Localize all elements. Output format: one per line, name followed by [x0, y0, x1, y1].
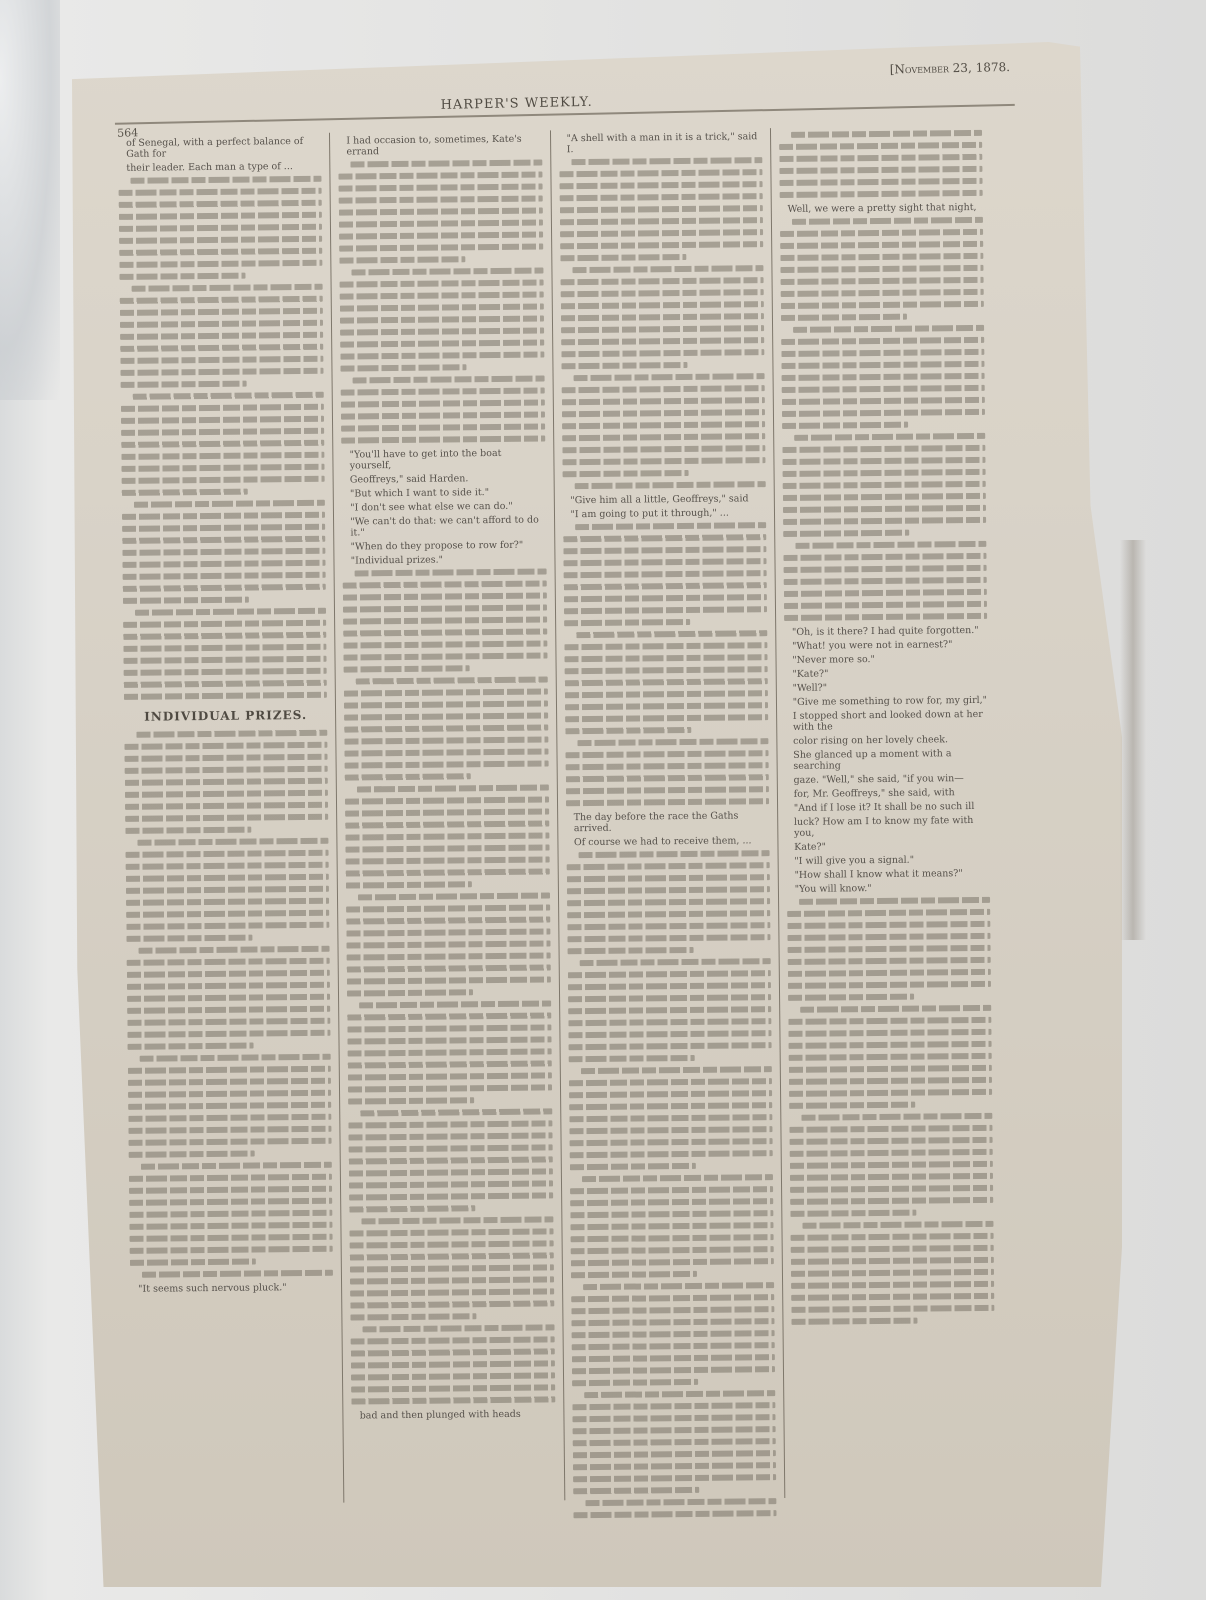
illegible-text-line: [561, 325, 764, 333]
dialogue-line: "How shall I know what it means?": [794, 868, 989, 881]
illegible-text-line: [791, 1318, 917, 1325]
illegible-text-line: [787, 921, 990, 929]
illegible-text-line: [560, 254, 686, 261]
illegible-text-line: [783, 517, 986, 525]
dialogue-line: "Well?": [793, 681, 988, 694]
illegible-text-line: [559, 181, 762, 189]
illegible-text-line: [559, 205, 762, 213]
illegible-text-line: [343, 604, 546, 612]
illegible-text-line: [788, 1017, 991, 1025]
illegible-text-line: [565, 786, 768, 794]
illegible-text-line: [344, 652, 547, 660]
illegible-text-line: [788, 1053, 991, 1061]
illegible-text-line: [564, 642, 767, 650]
illegible-text-line: [345, 748, 548, 756]
illegible-text-line: [122, 536, 325, 544]
illegible-text-line: [789, 1149, 992, 1157]
illegible-text-line: [130, 1259, 256, 1266]
text-snippet: "When do they propose to row for?": [351, 539, 546, 552]
illegible-text-line: [571, 1306, 774, 1314]
illegible-text-line: [567, 934, 770, 942]
dialogue-line: "Give me something to row for, my girl,": [793, 695, 988, 708]
illegible-text-line: [791, 1281, 994, 1289]
illegible-text-line: [119, 188, 322, 196]
illegible-text-line: [782, 481, 985, 489]
text-snippet: Of course we had to receive them, ...: [574, 835, 769, 848]
illegible-text-line: [362, 1216, 553, 1224]
illegible-text-line: [121, 416, 324, 424]
illegible-text-line: [341, 435, 544, 443]
illegible-text-line: [568, 1018, 771, 1026]
illegible-text-line: [781, 385, 984, 393]
illegible-text-line: [127, 970, 330, 978]
column-3: "A shell with a man in it is a trick," s…: [550, 128, 785, 1500]
illegible-text-line: [341, 411, 544, 419]
illegible-text-line: [564, 690, 767, 698]
column-body-text: [566, 850, 776, 1518]
illegible-text-line: [564, 678, 767, 686]
text-snippet: I had occasion to, sometimes, Kate's err…: [346, 133, 541, 157]
illegible-text-line: [585, 1498, 776, 1506]
illegible-text-line: [344, 665, 470, 672]
illegible-text-line: [787, 957, 990, 965]
illegible-text-line: [129, 1198, 332, 1206]
text-snippet: "I don't see what else we can do.": [350, 500, 545, 513]
illegible-text-line: [781, 349, 984, 357]
illegible-text-line: [784, 589, 987, 597]
illegible-text-line: [133, 392, 324, 400]
text-snippet: "Give him all a little, Geoffreys," said: [570, 493, 765, 506]
illegible-text-line: [350, 1300, 553, 1308]
illegible-text-line: [343, 616, 546, 624]
article-columns: of Senegal, with a perfect balance of Ga…: [110, 126, 1004, 1505]
illegible-text-line: [790, 1245, 993, 1253]
illegible-text-line: [127, 1030, 330, 1038]
illegible-text-line: [351, 1336, 554, 1344]
text-snippet: "But which I want to side it.": [350, 486, 545, 499]
illegible-text-line: [573, 373, 764, 381]
illegible-text-line: [801, 1113, 992, 1121]
illegible-text-line: [572, 1402, 775, 1410]
column-body-text: [779, 130, 983, 198]
illegible-text-line: [349, 1205, 475, 1212]
illegible-text-line: [789, 1137, 992, 1145]
illegible-text-line: [126, 910, 329, 918]
illegible-text-line: [130, 1234, 333, 1242]
illegible-text-line: [789, 1077, 992, 1085]
text-snippet: "You'll have to get into the boat yourse…: [350, 447, 545, 471]
illegible-text-line: [352, 267, 543, 275]
illegible-text-line: [349, 1192, 552, 1200]
illegible-text-line: [343, 628, 546, 636]
illegible-text-line: [125, 766, 328, 774]
illegible-text-line: [565, 714, 768, 722]
illegible-text-line: [351, 1372, 554, 1380]
illegible-text-line: [127, 958, 330, 966]
text-snippet: "A shell with a man in it is a trick," s…: [567, 131, 762, 155]
illegible-text-line: [561, 385, 764, 393]
illegible-text-line: [347, 1012, 550, 1020]
illegible-text-line: [339, 183, 542, 191]
illegible-text-line: [560, 301, 763, 309]
illegible-text-line: [780, 229, 983, 237]
page-fold-crease: [1120, 540, 1146, 940]
illegible-text-line: [792, 217, 983, 225]
illegible-text-line: [350, 1276, 553, 1284]
illegible-text-line: [120, 320, 323, 328]
illegible-text-line: [344, 724, 547, 732]
illegible-text-line: [570, 1234, 773, 1242]
text-snippet: bad and then plunged with heads: [360, 1408, 555, 1421]
illegible-text-line: [569, 1150, 772, 1158]
illegible-text-line: [339, 195, 542, 203]
text-snippet: "It seems such nervous pluck.": [138, 1282, 333, 1295]
illegible-text-line: [122, 524, 325, 532]
illegible-text-line: [789, 1089, 992, 1097]
illegible-text-line: [124, 680, 327, 688]
dialogue-line: "Kate?": [792, 667, 987, 680]
illegible-text-line: [568, 1030, 771, 1038]
illegible-text-line: [788, 1029, 991, 1037]
illegible-text-line: [571, 1318, 774, 1326]
illegible-text-line: [134, 500, 325, 508]
illegible-text-line: [121, 464, 324, 472]
illegible-text-line: [779, 190, 982, 198]
illegible-text-line: [569, 1126, 772, 1134]
illegible-text-line: [790, 1233, 993, 1241]
dialogue-line: "Oh, is it there? I had quite forgotten.…: [792, 625, 987, 638]
illegible-text-line: [782, 409, 985, 417]
illegible-text-line: [345, 796, 548, 804]
illegible-text-line: [571, 1330, 774, 1338]
illegible-text-line: [350, 1264, 553, 1272]
illegible-text-line: [787, 945, 990, 953]
illegible-text-line: [127, 982, 330, 990]
illegible-text-line: [790, 1185, 993, 1193]
illegible-text-line: [119, 236, 322, 244]
text-snippet: Well, we were a pretty sight that night,: [788, 202, 983, 215]
illegible-text-line: [119, 260, 322, 268]
text-snippet: "Individual prizes.": [351, 553, 546, 566]
column-body-text: [343, 568, 555, 1404]
illegible-text-line: [560, 313, 763, 321]
illegible-text-line: [783, 493, 986, 501]
illegible-text-line: [571, 1354, 774, 1362]
illegible-text-line: [788, 969, 991, 977]
illegible-text-line: [127, 994, 330, 1002]
illegible-text-line: [351, 1396, 554, 1404]
illegible-text-line: [349, 1168, 552, 1176]
illegible-text-line: [790, 1173, 993, 1181]
illegible-text-line: [570, 1258, 773, 1266]
illegible-text-line: [563, 594, 766, 602]
illegible-text-line: [567, 947, 693, 954]
illegible-text-line: [136, 730, 327, 738]
column-body-text: [124, 730, 333, 1278]
illegible-text-line: [572, 1426, 775, 1434]
illegible-text-line: [572, 265, 763, 273]
illegible-text-line: [121, 452, 324, 460]
illegible-text-line: [802, 1221, 993, 1229]
dialogue-line: gaze. "Well," she said, "if you win—: [793, 773, 988, 786]
illegible-text-line: [339, 207, 542, 215]
illegible-text-line: [791, 1305, 994, 1313]
illegible-text-line: [121, 381, 247, 388]
illegible-text-line: [120, 344, 323, 352]
illegible-text-line: [119, 224, 322, 232]
illegible-text-line: [340, 279, 543, 287]
illegible-text-line: [779, 166, 982, 174]
illegible-text-line: [124, 692, 327, 700]
column-body-text: [787, 897, 995, 1325]
illegible-text-line: [562, 421, 765, 429]
illegible-text-line: [343, 580, 546, 588]
illegible-text-line: [563, 570, 766, 578]
illegible-text-line: [568, 1078, 771, 1086]
illegible-text-line: [561, 362, 687, 369]
illegible-text-line: [120, 332, 323, 340]
dialogue-line: I stopped short and looked down at her w…: [793, 709, 988, 733]
illegible-text-line: [567, 910, 770, 918]
illegible-text-line: [127, 1018, 330, 1026]
illegible-text-line: [345, 736, 548, 744]
illegible-text-line: [793, 325, 984, 333]
illegible-text-line: [569, 1138, 772, 1146]
illegible-text-line: [124, 742, 327, 750]
illegible-text-line: [576, 630, 767, 638]
illegible-text-line: [783, 530, 909, 537]
dialogue-line: "And if I lose it? It shall be no such i…: [794, 801, 989, 814]
illegible-text-line: [344, 688, 547, 696]
illegible-text-line: [123, 597, 249, 604]
illegible-text-line: [351, 1313, 477, 1320]
illegible-text-line: [355, 568, 546, 576]
illegible-text-line: [356, 676, 547, 684]
illegible-text-line: [119, 200, 322, 208]
dialogue-line: "Never more so.": [792, 653, 987, 666]
illegible-text-line: [122, 489, 248, 496]
illegible-text-line: [568, 1006, 771, 1014]
illegible-text-line: [137, 838, 328, 846]
illegible-text-line: [127, 1006, 330, 1014]
illegible-text-line: [791, 1269, 994, 1277]
text-snippet: "We can't do that: we can't afford to do…: [350, 514, 545, 538]
column-body-text: [780, 217, 987, 621]
illegible-text-line: [781, 301, 984, 309]
illegible-text-line: [570, 1198, 773, 1206]
illegible-text-line: [561, 349, 764, 357]
illegible-text-line: [562, 433, 765, 441]
illegible-text-line: [125, 814, 328, 822]
illegible-text-line: [350, 1252, 553, 1260]
illegible-text-line: [340, 291, 543, 299]
illegible-text-line: [566, 862, 769, 870]
illegible-text-line: [123, 620, 326, 628]
illegible-text-line: [560, 277, 763, 285]
illegible-text-line: [348, 1060, 551, 1068]
illegible-text-line: [783, 577, 986, 585]
illegible-text-line: [120, 296, 323, 304]
dialogue-line: for, Mr. Geoffreys," she said, with: [794, 787, 989, 800]
illegible-text-line: [574, 481, 765, 489]
illegible-text-line: [579, 958, 770, 966]
illegible-text-line: [790, 1197, 993, 1205]
illegible-text-line: [795, 541, 986, 549]
illegible-text-line: [569, 1102, 772, 1110]
illegible-text-line: [128, 1078, 331, 1086]
illegible-text-line: [363, 1324, 554, 1332]
illegible-text-line: [560, 241, 763, 249]
illegible-text-line: [128, 1114, 331, 1122]
illegible-text-line: [584, 1390, 775, 1398]
illegible-text-line: [569, 1163, 695, 1170]
illegible-text-line: [565, 762, 768, 770]
dialogue-line: She glanced up a moment with a searching: [793, 748, 988, 772]
illegible-text-line: [567, 898, 770, 906]
illegible-text-line: [129, 1174, 332, 1182]
illegible-text-line: [790, 1161, 993, 1169]
illegible-text-line: [350, 1228, 553, 1236]
text-snippet: "I am going to put it through," ...: [570, 507, 765, 520]
illegible-text-line: [569, 1090, 772, 1098]
illegible-text-line: [121, 428, 324, 436]
illegible-text-line: [120, 356, 323, 364]
illegible-text-line: [570, 1186, 773, 1194]
masthead-title: HARPER'S WEEKLY.: [440, 95, 592, 113]
column-4: Well, we were a pretty sight that night,…: [771, 126, 1005, 1498]
illegible-text-line: [567, 970, 770, 978]
column-2: I had occasion to, sometimes, Kate's err…: [330, 130, 565, 1502]
illegible-text-line: [781, 373, 984, 381]
illegible-text-line: [577, 738, 768, 746]
illegible-text-line: [779, 154, 982, 162]
illegible-text-line: [564, 666, 767, 674]
illegible-text-line: [345, 808, 548, 816]
illegible-text-line: [126, 874, 329, 882]
illegible-text-line: [121, 404, 324, 412]
illegible-text-line: [129, 1151, 255, 1158]
illegible-text-line: [571, 1342, 774, 1350]
illegible-text-line: [781, 337, 984, 345]
illegible-text-line: [124, 668, 327, 676]
illegible-text-line: [781, 314, 907, 321]
text-snippet: Geoffreys," said Harden.: [350, 472, 545, 485]
illegible-text-line: [562, 445, 765, 453]
illegible-text-line: [358, 892, 549, 900]
illegible-text-line: [340, 339, 543, 347]
dialogue-line: luck? How am I to know my fate with you,: [794, 815, 989, 839]
illegible-text-line: [791, 1257, 994, 1265]
illegible-text-line: [562, 457, 765, 465]
issue-date: [November 23, 1878.: [890, 60, 1010, 77]
illegible-text-line: [570, 1246, 773, 1254]
illegible-text-line: [572, 1450, 775, 1458]
illegible-text-line: [130, 176, 321, 184]
illegible-text-line: [565, 727, 691, 734]
illegible-text-line: [120, 308, 323, 316]
illegible-text-line: [561, 397, 764, 405]
illegible-text-line: [343, 592, 546, 600]
illegible-text-line: [789, 1102, 915, 1109]
illegible-text-line: [800, 1005, 991, 1013]
illegible-text-line: [348, 1084, 551, 1092]
illegible-text-line: [565, 774, 768, 782]
illegible-text-line: [348, 1024, 551, 1032]
illegible-text-line: [122, 512, 325, 520]
illegible-text-line: [346, 916, 549, 924]
illegible-text-line: [780, 265, 983, 273]
illegible-text-line: [129, 1222, 332, 1230]
illegible-text-line: [347, 964, 550, 972]
illegible-text-line: [349, 1144, 552, 1152]
illegible-text-line: [340, 315, 543, 323]
illegible-text-line: [341, 364, 467, 371]
illegible-text-line: [353, 375, 544, 383]
illegible-text-line: [580, 1066, 771, 1074]
illegible-text-line: [129, 1210, 332, 1218]
column-body-text: [339, 159, 545, 443]
illegible-text-line: [788, 994, 914, 1001]
illegible-text-line: [345, 760, 548, 768]
illegible-text-line: [128, 1043, 254, 1050]
illegible-text-line: [126, 898, 329, 906]
illegible-text-line: [780, 253, 983, 261]
dialogue-line: "What! you were not in earnest?": [792, 639, 987, 652]
illegible-text-line: [122, 476, 325, 484]
illegible-text-line: [789, 1125, 992, 1133]
column-body-text: [563, 522, 769, 806]
illegible-text-line: [563, 582, 766, 590]
illegible-text-line: [781, 361, 984, 369]
illegible-text-line: [779, 178, 982, 186]
column-body-text: [559, 157, 766, 489]
illegible-text-line: [344, 712, 547, 720]
illegible-text-line: [125, 778, 328, 786]
illegible-text-line: [123, 644, 326, 652]
illegible-text-line: [784, 601, 987, 609]
illegible-text-line: [578, 850, 769, 858]
illegible-text-line: [560, 229, 763, 237]
illegible-text-line: [346, 904, 549, 912]
illegible-text-line: [125, 790, 328, 798]
text-snippet: of Senegal, with a perfect balance of Ga…: [126, 136, 321, 160]
illegible-text-line: [571, 1366, 774, 1374]
illegible-text-line: [126, 935, 252, 942]
illegible-text-line: [344, 640, 547, 648]
illegible-text-line: [563, 546, 766, 554]
illegible-text-line: [347, 976, 550, 984]
illegible-text-line: [346, 868, 549, 876]
illegible-text-line: [570, 1271, 696, 1278]
illegible-text-line: [779, 142, 982, 150]
illegible-text-line: [348, 1072, 551, 1080]
illegible-text-line: [348, 1036, 551, 1044]
illegible-text-line: [780, 277, 983, 285]
illegible-text-line: [789, 1065, 992, 1073]
illegible-text-line: [357, 784, 548, 792]
illegible-text-line: [123, 632, 326, 640]
illegible-text-line: [565, 750, 768, 758]
illegible-text-line: [125, 802, 328, 810]
illegible-text-line: [581, 1174, 772, 1182]
column-1: of Senegal, with a perfect balance of Ga…: [110, 133, 345, 1505]
illegible-text-line: [125, 827, 251, 834]
illegible-text-line: [128, 1066, 331, 1074]
illegible-text-line: [559, 217, 762, 225]
illegible-text-line: [341, 351, 544, 359]
illegible-text-line: [787, 933, 990, 941]
illegible-text-line: [347, 952, 550, 960]
